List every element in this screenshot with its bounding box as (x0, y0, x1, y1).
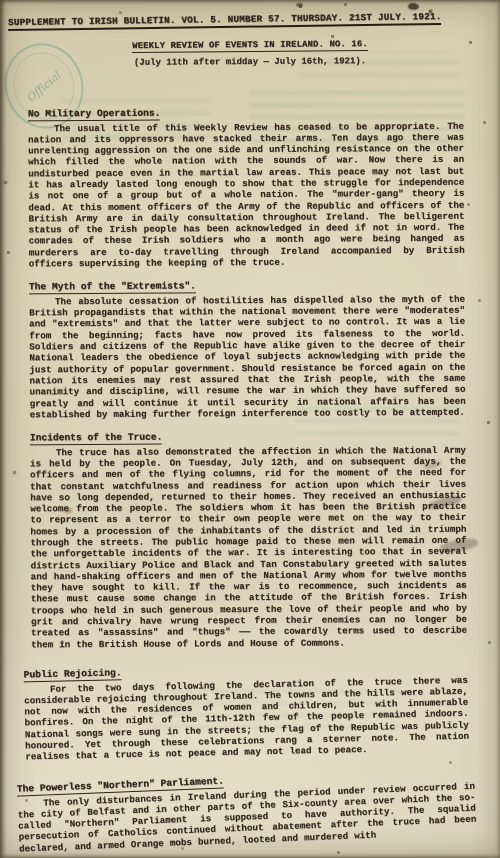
paper-specks (0, 0, 1, 1)
review-title: WEEKLY REVIEW OF EVENTS IN IRELAND. NO. … (0, 38, 500, 52)
date-range: (July 11th after midday — July 16th, 192… (0, 55, 500, 68)
ink-blot (407, 2, 419, 11)
section-heading: No Military Operations. (28, 108, 160, 121)
section-public-rejoicing: Public Rejoicing. For the two days follo… (23, 650, 469, 763)
section-no-military-operations: No Military Operations. The usual title … (28, 96, 465, 270)
section-body: For the two days following the declarati… (24, 674, 470, 763)
section-heading: The Myth of the "Extremists". (29, 281, 196, 295)
section-body: The usual title of this Weekly Review ha… (28, 120, 465, 270)
review-title-text: WEEKLY REVIEW OF EVENTS IN IRELAND. NO. … (132, 39, 368, 53)
section-body: The absolute cessation of hostilities ha… (29, 294, 466, 421)
section-heading: Public Rejoicing. (23, 667, 121, 682)
masthead-title: SUPPLEMENT TO IRISH BULLETIN. VOL. 5. NU… (8, 11, 442, 31)
section-myth-of-the-extremists: The Myth of the "Extremists". The absolu… (29, 269, 466, 420)
ink-blot (296, 3, 303, 7)
section-incidents-of-the-truce: Incidents of the Truce. The truce has al… (30, 420, 467, 651)
section-powerless-northern-parliament: The Powerless "Northern" Parliament. The… (16, 755, 477, 854)
document-body: No Military Operations. The usual title … (28, 96, 469, 839)
scanned-document-page: Official SUPPLEMENT TO IRISH BULLETIN. V… (0, 0, 500, 858)
section-body: The truce has also demonstrated the affe… (30, 444, 467, 650)
section-heading: Incidents of the Truce. (30, 432, 162, 445)
